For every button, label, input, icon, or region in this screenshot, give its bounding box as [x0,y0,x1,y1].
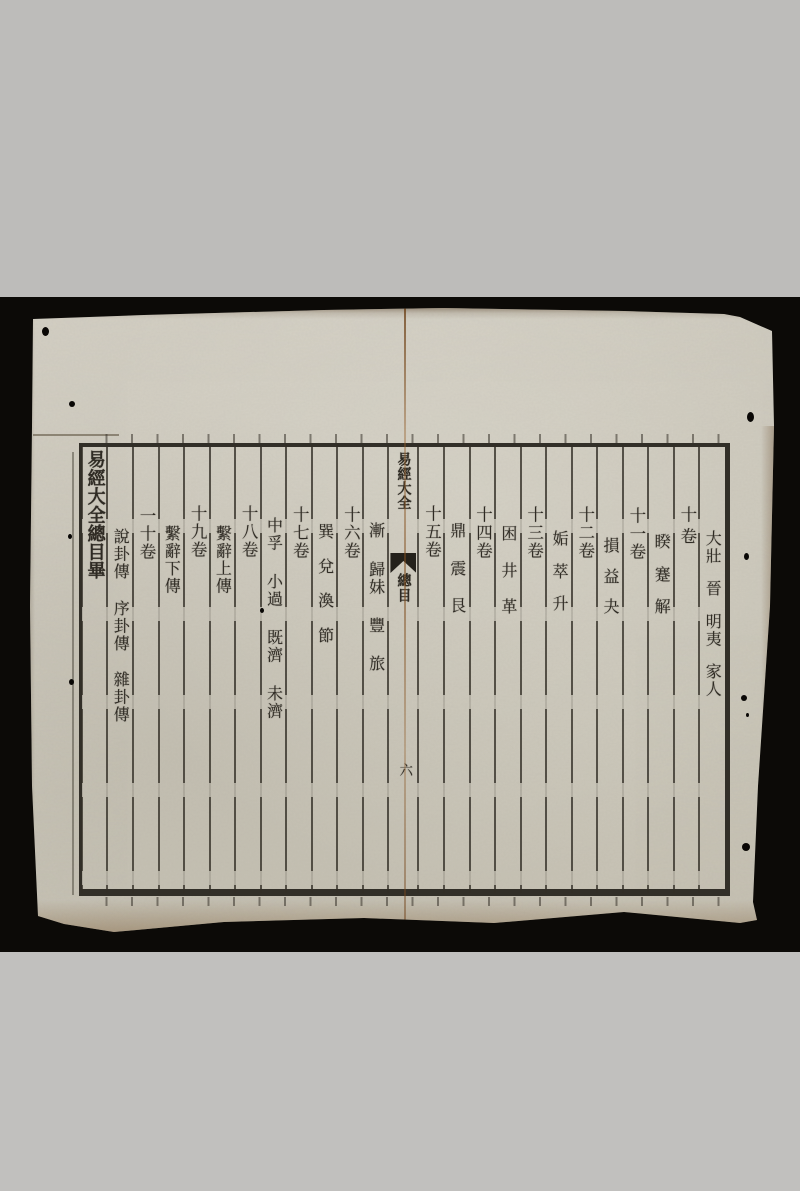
toc-entry: 兌 [316,558,335,576]
toc-entry: 旅 [367,655,386,673]
stray-rule-line [72,452,74,895]
toc-entry: 革 [499,598,518,616]
toc-entry: 睽 [652,533,671,551]
wormhole [741,695,747,701]
col-vol11-label-text: 十一卷 [627,507,644,561]
col-end-title: 易經大全總目畢 [82,447,108,889]
volume-label: 十七卷 [290,506,309,560]
col-vol17-label-text: 十七卷 [291,506,308,560]
col-vol19-content-text: 繫辭下傳 [163,525,179,595]
col-vol16-hexagrams: 巽兌渙節 [312,447,338,889]
wormhole [744,553,749,560]
col-vol10-hexagrams: 睽蹇解 [648,447,674,889]
toc-entry: 艮 [448,597,467,615]
col-vol11-label: 十一卷 [623,447,649,889]
col-vol12-hexagrams-text: 姤萃升 [551,530,567,628]
col-vol14-hexagrams: 鼎震艮 [444,447,470,889]
toc-entry: 小過 [264,573,283,608]
volume-label: 十五卷 [422,505,441,559]
toc-entry: 姤 [550,530,569,548]
wormhole [68,534,72,539]
col-vol17-hexagrams-text: 中孚小過既濟未濟 [265,517,281,741]
col-vol9-hexagrams: 大壯晉明夷家人 [699,447,725,889]
paper-edge-left [24,306,35,950]
toc-entry: 益 [601,568,620,586]
volume-label: 十三卷 [525,506,544,560]
col-vol17-label: 十七卷 [286,447,312,889]
toc-entry: 渙 [316,592,335,610]
toc-entry: 井 [499,562,518,580]
col-end-title-text: 易經大全總目畢 [86,450,104,580]
toc-entry: 說卦傳 [111,528,130,581]
paper-edge-top [24,306,776,319]
toc-entry: 解 [652,598,671,616]
col-vol14-label-text: 十四卷 [474,506,491,560]
col-vol12-label-text: 十二卷 [576,506,593,560]
col-vol14-label: 十四卷 [470,447,496,889]
col-vol13-label: 十三卷 [521,447,547,889]
col-vol18-label-text: 十八卷 [240,505,257,559]
toc-entry: 損 [601,537,620,555]
col-vol19-label-text: 十九卷 [189,505,206,559]
col-vol17-hexagrams: 中孚小過既濟未濟 [261,447,287,889]
col-vol9-hexagrams-text: 大壯晉明夷家人 [704,530,720,713]
col-vol18-content: 繫辭上傳 [210,447,236,889]
scan-viewport: 大壯晉明夷家人十卷睽蹇解十一卷損益夬十二卷姤萃升十三卷困井革十四卷鼎震艮十五卷 … [0,0,800,1191]
photo-backdrop: 大壯晉明夷家人十卷睽蹇解十一卷損益夬十二卷姤萃升十三卷困井革十四卷鼎震艮十五卷 … [0,297,800,952]
col-vol13-hexagrams-text: 困井革 [500,525,516,635]
toc-entry: 萃 [550,563,569,581]
col-vol16-hexagrams-text: 巽兌渙節 [317,523,333,661]
paper-sheet: 大壯晉明夷家人十卷睽蹇解十一卷損益夬十二卷姤萃升十三卷困井革十四卷鼎震艮十五卷 … [24,306,776,950]
toc-entry: 困 [499,525,518,543]
col-vol16-label-text: 十六卷 [342,506,359,560]
col-vol10-label-text: 十卷 [678,506,695,549]
col-vol13-label-text: 十三卷 [525,506,542,560]
volume-label: 十六卷 [341,506,360,560]
col-vol10-hexagrams-text: 睽蹇解 [653,533,669,631]
matte-top [0,0,800,297]
col-vol12-label: 十二卷 [572,447,598,889]
center-fold-crease [404,308,406,938]
toc-entry: 繫辭上傳 [213,525,232,595]
toc-entry: 巽 [316,523,335,541]
toc-entry: 震 [448,560,467,578]
volume-label: 十一卷 [627,507,646,561]
wormhole [42,327,49,336]
col-vol11-hexagrams-text: 損益夬 [602,537,618,629]
col-vol12-hexagrams: 姤萃升 [546,447,572,889]
toc-entry: 明夷 [703,613,722,648]
col-vol18-content-text: 繫辭上傳 [214,525,230,595]
paper-edge-bottom-deckle [24,900,776,950]
toc-entry: 序卦傳 [111,600,130,653]
wormhole [747,412,754,422]
wormhole [742,843,750,851]
paper-stain [694,932,740,944]
toc-entry: 節 [316,627,335,645]
toc-entry: 未濟 [264,685,283,720]
col-vol16-label: 十六卷 [337,447,363,889]
toc-entry: 中孚 [264,517,283,552]
col-vol20-label-text: 一十卷 [137,507,154,561]
col-vol15-label-text: 十五卷 [423,505,440,559]
ink-speck [260,608,264,613]
matte-bottom [0,952,800,1191]
col-vol14-hexagrams-text: 鼎震艮 [449,522,465,635]
col-vol19-content: 繫辭下傳 [159,447,185,889]
volume-label: 十卷 [678,506,697,549]
col-vol10-label: 十卷 [674,447,700,889]
wormhole [69,401,75,407]
toc-entry: 家人 [703,663,722,698]
toc-entry: 歸妹 [367,561,386,596]
toc-entry: 鼎 [448,522,467,540]
wormhole [69,679,74,685]
col-vol20-content-text: 說卦傳序卦傳雜卦傳 [112,528,128,743]
toc-entry: 晉 [703,580,722,598]
col-vol13-hexagrams: 困井革 [495,447,521,889]
col-vol15-hexagrams: 漸歸妹豐旅 [363,447,389,889]
volume-label: 十八卷 [239,505,258,559]
col-vol11-hexagrams: 損益夬 [597,447,623,889]
col-vol20-label: 一十卷 [133,447,159,889]
toc-entry: 易經大全總目畢 [85,450,106,580]
paper-stain [84,936,134,945]
paper-stain [38,920,56,929]
toc-entry: 漸 [367,522,386,540]
volume-label: 十九卷 [188,505,207,559]
col-vol15-label: 十五卷 [418,447,444,889]
volume-label: 十四卷 [474,506,493,560]
paper-stain [174,940,200,947]
toc-entry: 升 [550,595,569,613]
volume-label: 十二卷 [576,506,595,560]
toc-entry: 既濟 [264,629,283,664]
col-vol20-content: 說卦傳序卦傳雜卦傳 [107,447,133,889]
toc-entry: 繫辭下傳 [162,525,181,595]
toc-entry: 豐 [367,617,386,635]
col-vol18-label: 十八卷 [235,447,261,889]
toc-entry: 大壯 [703,530,722,565]
toc-entry: 蹇 [652,566,671,584]
volume-label: 一十卷 [137,507,156,561]
toc-entry: 雜卦傳 [111,671,130,724]
paper-edge-right [761,426,776,926]
col-vol15-hexagrams-text: 漸歸妹豐旅 [368,522,384,694]
paper-stain [494,934,516,941]
paper-stain [354,932,394,940]
col-vol19-label: 十九卷 [184,447,210,889]
wormhole [746,713,749,717]
toc-entry: 夬 [601,598,620,616]
